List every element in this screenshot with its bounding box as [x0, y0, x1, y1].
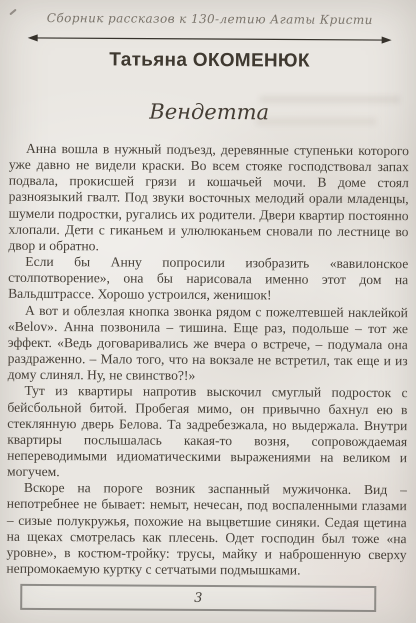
page-number-box: 3 — [20, 584, 376, 612]
double-arrow-divider-icon — [28, 32, 392, 46]
paragraph: Если бы Анну попросили изобразить «вавил… — [8, 254, 408, 305]
paragraph: А вот и облезлая кнопка звонка рядом с п… — [8, 302, 408, 385]
author-name: Татьяна ОКОМЕНЮК — [1, 49, 416, 74]
page-number: 3 — [194, 590, 202, 605]
running-header-series-title: Сборник рассказов к 130-летию Агаты Крис… — [2, 11, 416, 28]
paragraph: Тут из квартиры напротив выскочил смуглы… — [7, 383, 408, 482]
paragraph: Анна вошла в нужный подъезд, деревянные … — [8, 141, 409, 257]
book-page-scan: Сборник рассказов к 130-летию Агаты Крис… — [0, 0, 416, 623]
story-title: Вендетта — [1, 99, 416, 126]
page-content: Сборник рассказов к 130-летию Агаты Крис… — [0, 0, 416, 623]
paragraph: Вскоре на пороге возник заспанный мужичо… — [6, 480, 407, 579]
story-text: Анна вошла в нужный подъезд, деревянные … — [6, 141, 409, 581]
